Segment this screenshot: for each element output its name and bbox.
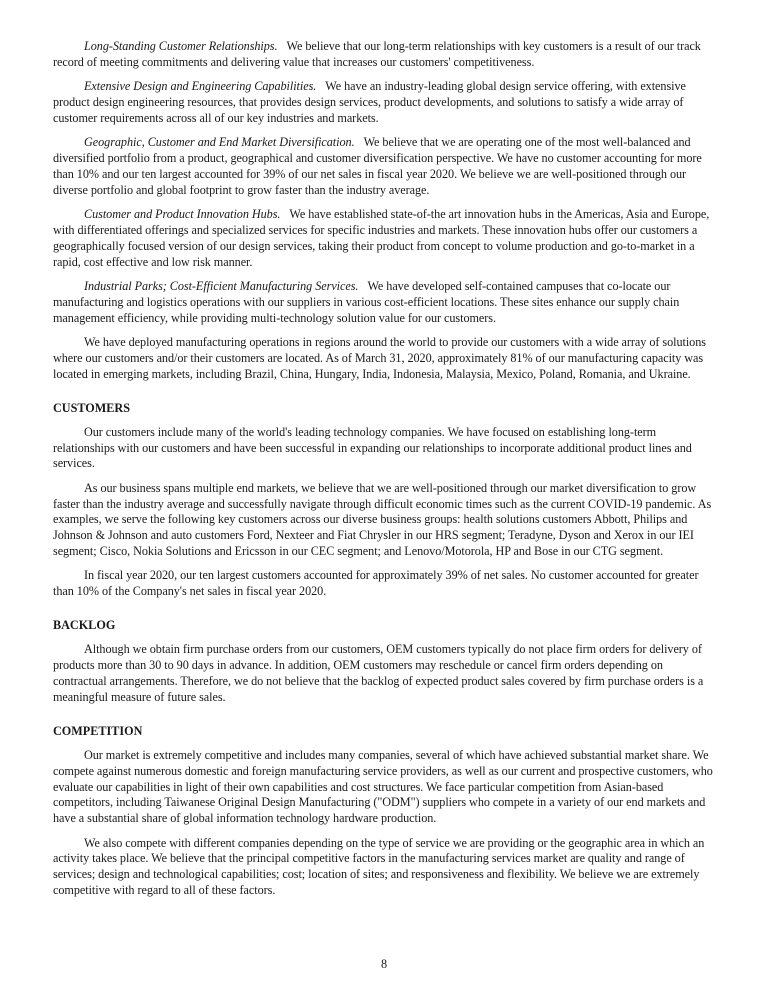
strength-paragraph-customer-relationships: Long-Standing Customer Relationships.We … bbox=[53, 39, 713, 71]
page-number: 8 bbox=[0, 957, 768, 973]
section-heading-customers: CUSTOMERS bbox=[53, 401, 713, 417]
paragraph-lead-in: Long-Standing Customer Relationships. bbox=[84, 39, 278, 53]
strength-paragraph-design-engineering: Extensive Design and Engineering Capabil… bbox=[53, 79, 713, 127]
strength-paragraph-innovation-hubs: Customer and Product Innovation Hubs.We … bbox=[53, 207, 713, 271]
competition-paragraph: We also compete with different companies… bbox=[53, 836, 713, 900]
paragraph-lead-in: Customer and Product Innovation Hubs. bbox=[84, 207, 280, 221]
customers-paragraph: As our business spans multiple end marke… bbox=[53, 481, 713, 561]
document-page: Long-Standing Customer Relationships.We … bbox=[53, 39, 713, 907]
strength-paragraph-industrial-parks: Industrial Parks; Cost-Efficient Manufac… bbox=[53, 279, 713, 327]
paragraph-lead-in: Extensive Design and Engineering Capabil… bbox=[84, 79, 316, 93]
paragraph-lead-in: Geographic, Customer and End Market Dive… bbox=[84, 135, 355, 149]
backlog-paragraph: Although we obtain firm purchase orders … bbox=[53, 642, 713, 706]
operations-paragraph: We have deployed manufacturing operation… bbox=[53, 335, 713, 383]
customers-paragraph: In fiscal year 2020, our ten largest cus… bbox=[53, 568, 713, 600]
section-heading-competition: COMPETITION bbox=[53, 724, 713, 740]
section-heading-backlog: BACKLOG bbox=[53, 618, 713, 634]
strength-paragraph-diversification: Geographic, Customer and End Market Dive… bbox=[53, 135, 713, 199]
competition-paragraph: Our market is extremely competitive and … bbox=[53, 748, 713, 828]
paragraph-lead-in: Industrial Parks; Cost-Efficient Manufac… bbox=[84, 279, 358, 293]
customers-paragraph: Our customers include many of the world'… bbox=[53, 425, 713, 473]
